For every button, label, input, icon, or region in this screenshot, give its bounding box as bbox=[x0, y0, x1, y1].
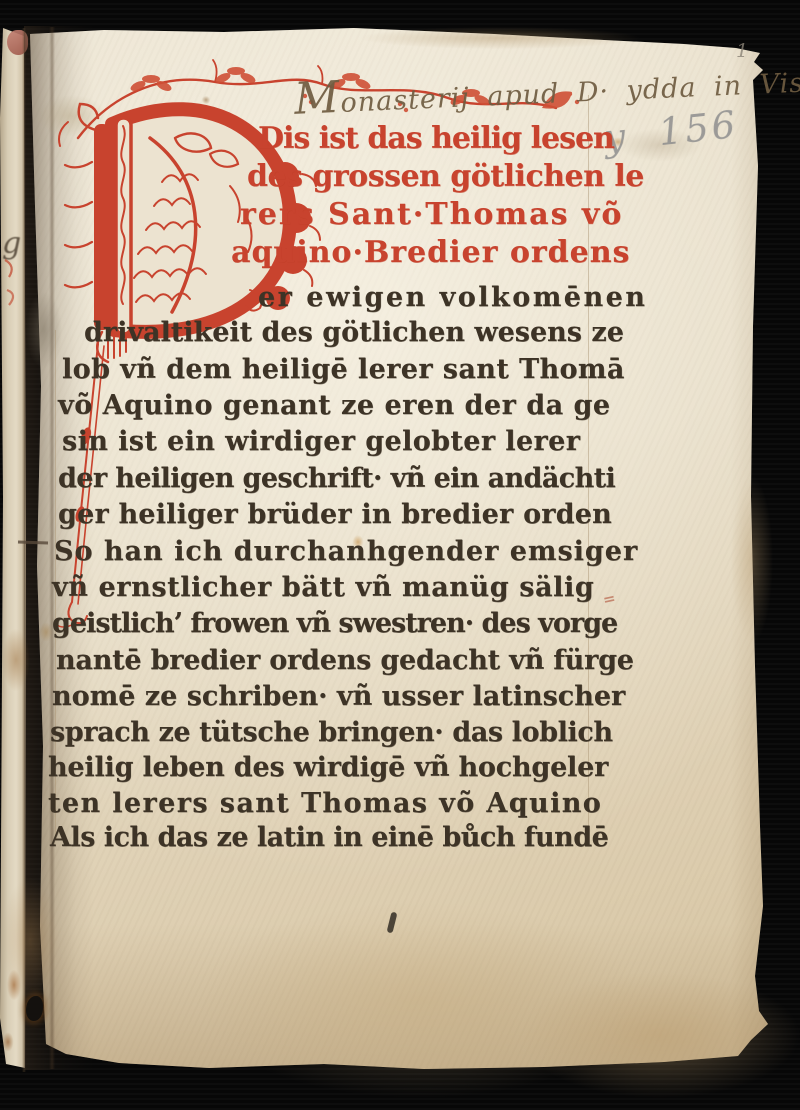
text-line: sprach ze tütsche bringen· das loblich bbox=[50, 717, 613, 748]
text-line: heilig leben des wirdigē vñ hochgeler bbox=[48, 752, 608, 783]
text-line: der heiligen geschrift· vñ ein andächti bbox=[58, 463, 615, 494]
rubric-line: rers Sant·Thomas võ bbox=[240, 197, 623, 232]
wormhole bbox=[26, 996, 43, 1021]
showthrough-red-marks bbox=[0, 254, 22, 318]
rubric-line: Dis ist das heilig lesen bbox=[258, 121, 614, 156]
text-line: nomē ze schriben· vñ usser latinscher bbox=[52, 681, 625, 712]
gutter-crease bbox=[22, 28, 26, 1072]
rubric-line: aquino·Bredier ordens bbox=[231, 235, 630, 270]
text-line: võ Aquino genant ze eren der da ge bbox=[58, 390, 611, 421]
text-line: sin ist ein wirdiger gelobter lerer bbox=[62, 426, 580, 457]
rubric-line: des grossen götlichen le bbox=[247, 159, 644, 194]
text-line: vñ ernstlicher bätt vñ manüg sälig bbox=[52, 572, 594, 603]
text-line: drivaltikeit des götlichen wesens ze bbox=[84, 317, 624, 348]
corner-numeral: 1 bbox=[736, 40, 748, 62]
text-line: ten lerers sant Thomas võ Aquino bbox=[48, 788, 602, 819]
text-line: nantē bredier ordens gedacht vñ fürge bbox=[56, 645, 634, 676]
text-line: lob vñ dem heiligē lerer sant Thomā bbox=[62, 354, 625, 385]
text-line: Als ich das ze latin in einē bůch fundē bbox=[50, 822, 608, 853]
text-line: So han ich durchanhgender emsiger bbox=[54, 536, 638, 567]
text-line: er ewigen volkomēnen bbox=[258, 282, 647, 313]
text-line: geistlich’ frowen vñ swestren· des vorge bbox=[52, 608, 617, 639]
text-line: ger heiliger brüder in bredier orden bbox=[58, 499, 612, 530]
